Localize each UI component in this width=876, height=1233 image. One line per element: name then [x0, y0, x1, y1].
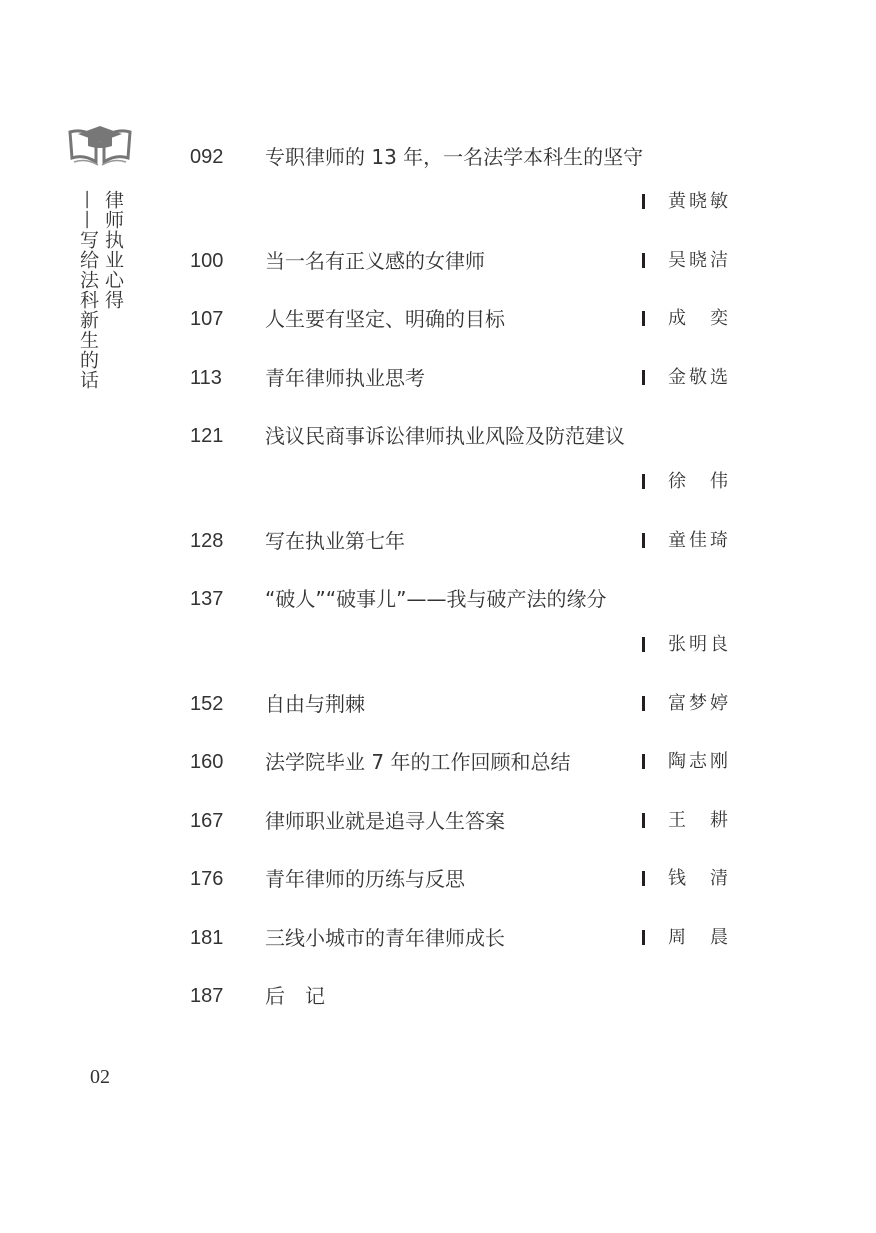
toc-title: 律师职业就是追寻人生答案: [265, 806, 505, 836]
author-name: 童佳琦: [668, 526, 731, 556]
toc-title: 专职律师的 13 年，一名法学本科生的坚守: [265, 142, 643, 172]
page-number: 02: [90, 1066, 110, 1089]
toc-title: 浅议民商事诉讼律师执业风险及防范建议: [265, 421, 625, 451]
author-marker: [642, 754, 645, 769]
toc-page-number: 176: [190, 864, 223, 894]
author-name: 周 晨: [668, 923, 731, 953]
toc-title: 自由与荆棘: [265, 689, 365, 719]
author-marker: [642, 370, 645, 385]
graduation-cap-book-icon: [66, 124, 134, 168]
toc-page-number: 121: [190, 421, 223, 451]
toc-page-number: 160: [190, 747, 223, 777]
author-name: 成 奕: [668, 304, 731, 334]
author-name: 张明良: [668, 630, 731, 660]
toc-title: 后 记: [265, 981, 325, 1011]
toc-page-number: 187: [190, 981, 223, 1011]
author-marker: [642, 194, 645, 209]
author-marker: [642, 311, 645, 326]
author-marker: [642, 637, 645, 652]
toc-page-number: 181: [190, 923, 223, 953]
toc-page-number: 113: [190, 363, 222, 393]
author-name: 王 耕: [668, 806, 731, 836]
toc-title: 写在执业第七年: [265, 526, 405, 556]
author-name: 金敬选: [668, 363, 731, 393]
author-marker: [642, 474, 645, 489]
toc-title: “破人”“破事儿”——我与破产法的缘分: [265, 584, 606, 614]
toc-title: 青年律师执业思考: [265, 363, 425, 393]
author-name: 富梦婷: [668, 689, 731, 719]
toc-page-number: 167: [190, 806, 223, 836]
toc-page-number: 092: [190, 142, 223, 172]
author-marker: [642, 533, 645, 548]
toc-page-number: 128: [190, 526, 223, 556]
toc-title: 青年律师的历练与反思: [265, 864, 465, 894]
toc-title: 人生要有坚定、明确的目标: [265, 304, 505, 334]
toc-title: 法学院毕业 7 年的工作回顾和总结: [265, 747, 570, 777]
author-marker: [642, 696, 645, 711]
author-marker: [642, 813, 645, 828]
author-name: 钱 清: [668, 864, 731, 894]
toc-page-number: 107: [190, 304, 223, 334]
toc-title: 三线小城市的青年律师成长: [265, 923, 505, 953]
author-name: 吴晓洁: [668, 246, 731, 276]
toc-page-number: 152: [190, 689, 223, 719]
author-name: 徐 伟: [668, 467, 731, 497]
author-marker: [642, 871, 645, 886]
book-title-vertical: 律师执业心得: [100, 190, 127, 310]
author-name: 陶志刚: [668, 747, 731, 777]
book-subtitle-vertical: ——写给法科新生的话: [75, 190, 102, 390]
author-marker: [642, 930, 645, 945]
author-name: 黄晓敏: [668, 187, 731, 217]
toc-page-number: 100: [190, 246, 223, 276]
author-marker: [642, 253, 645, 268]
toc-title: 当一名有正义感的女律师: [265, 246, 485, 276]
toc-page-number: 137: [190, 584, 223, 614]
